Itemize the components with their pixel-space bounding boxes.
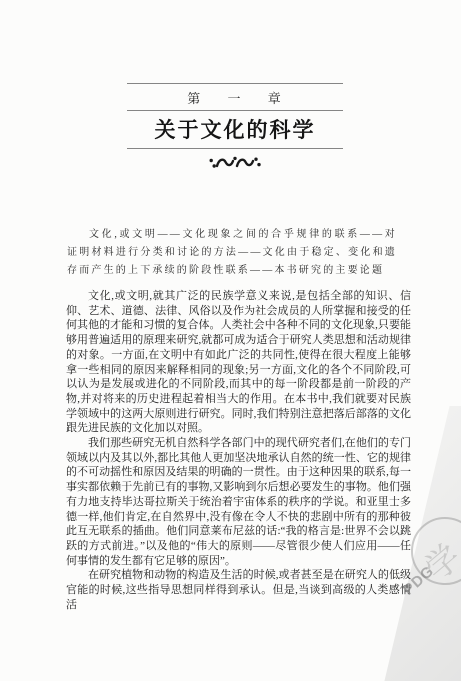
paragraph: 我们那些研究无机自然科学各部门中的现代研究者们,在他们的专门领域以内及其以外,都… [66, 436, 411, 568]
paragraph: 在研究植物和动物的构造及生活的时候,或者甚至是在研究人的低级官能的时候,这些指导… [66, 568, 411, 612]
chapter-header: 第 一 章 关于文化的科学 [127, 83, 343, 176]
body-text: 文化,或文明,就其广泛的民族学意义来说,是包括全部的知识、信仰、艺术、道德、法律… [66, 289, 411, 612]
page-title: 关于文化的科学 [127, 111, 343, 148]
paragraph: 文化,或文明,就其广泛的民族学意义来说,是包括全部的知识、信仰、艺术、道德、法律… [66, 289, 411, 436]
chapter-abstract: 文化,或文明——文化现象之间的合乎规律的联系——对证明材料进行分类和讨论的方法—… [67, 226, 397, 280]
flourish-ornament [127, 155, 343, 176]
rule-bottom [127, 148, 343, 149]
book-page: 第 一 章 关于文化的科学 文化,或文明——文化现象之间的合乎规律的联系——对证 [0, 0, 461, 681]
chapter-number: 第 一 章 [127, 84, 343, 110]
